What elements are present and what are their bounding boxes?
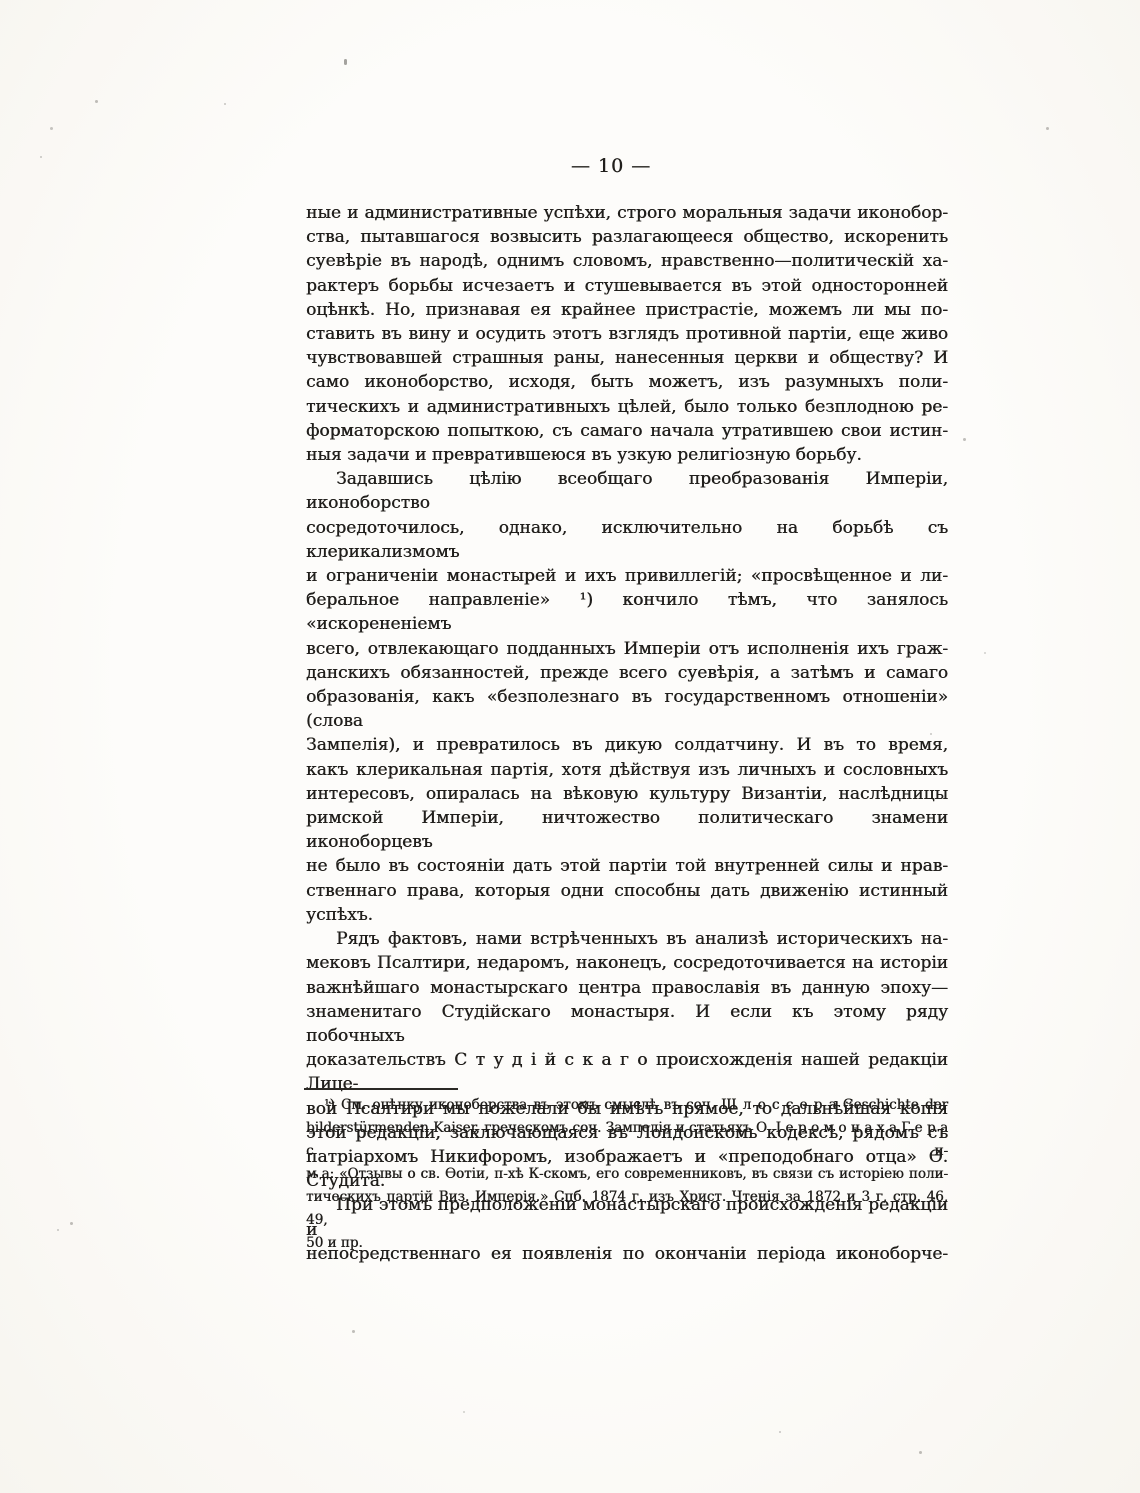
footnote-line: м а: «Отзывы о св. Ѳотіи, п-хѣ К-скомъ, …	[306, 1163, 948, 1186]
footnote-line: тическихъ партій Виз. Имперія.» Спб. 187…	[306, 1186, 948, 1232]
scan-speck	[779, 1431, 781, 1433]
text-line: ныя задачи и превратившеюся въ узкую рел…	[306, 443, 948, 467]
text-line: форматорскою попыткою, съ самаго начала …	[306, 419, 948, 443]
text-line: оцѣнкѣ. Но, признавая ея крайнее пристра…	[306, 298, 948, 322]
text-line: всего, отвлекающаго подданныхъ Имперіи о…	[306, 637, 948, 661]
paragraph: ные и административные успѣхи, строго мо…	[306, 201, 948, 467]
page-number: — 10 —	[306, 155, 916, 177]
scan-speck	[95, 100, 98, 103]
text-line: ные и административные успѣхи, строго мо…	[306, 201, 948, 225]
text-line: римской Имперіи, ничтожество политическа…	[306, 806, 948, 854]
footnote-line: ¹) См. оцѣнку иконоборства въ этомъ смыс…	[306, 1094, 948, 1117]
scan-speck	[352, 1330, 355, 1333]
text-line: ства, пытавшагося возвысить разлагающеес…	[306, 225, 948, 249]
scan-speck	[609, 1152, 611, 1154]
footnote-line: bilderstürmenden Kaiser, греческомъ соч.…	[306, 1117, 948, 1163]
footnote-rule	[304, 1088, 458, 1090]
text-line: мековъ Псалтири, недаромъ, наконецъ, сос…	[306, 951, 948, 975]
text-line: Задавшись цѣлію всеобщаго преобразованія…	[306, 467, 948, 515]
text-line: суевѣріе въ народѣ, однимъ словомъ, нрав…	[306, 249, 948, 273]
scan-speck	[57, 1229, 59, 1231]
scan-speck	[70, 1222, 73, 1225]
text-line: сосредоточилось, однако, исключительно н…	[306, 516, 948, 564]
scan-speck	[344, 59, 347, 65]
text-line: беральное направленіе» ¹) кончило тѣмъ, …	[306, 588, 948, 636]
scan-speck	[50, 127, 53, 130]
text-line: Рядъ фактовъ, нами встрѣченныхъ въ анали…	[306, 927, 948, 951]
scan-speck	[40, 156, 42, 158]
text-line: не было въ состояніи дать этой партіи то…	[306, 854, 948, 878]
text-line: какъ клерикальная партія, хотя дѣйствуя …	[306, 758, 948, 782]
scan-speck	[963, 438, 966, 441]
scan-speck	[984, 652, 986, 654]
book-page: — 10 — ные и административные успѣхи, ст…	[0, 0, 1140, 1493]
scan-speck	[463, 1411, 465, 1413]
text-line: данскихъ обязанностей, прежде всего суев…	[306, 661, 948, 685]
text-line: образованія, какъ «безполезнаго въ госуд…	[306, 685, 948, 733]
text-line: ставить въ вину и осудить этотъ взглядъ …	[306, 322, 948, 346]
text-line: и ограниченіи монастырей и ихъ привиллег…	[306, 564, 948, 588]
text-line: важнѣйшаго монастырскаго центра правосла…	[306, 976, 948, 1000]
footnote-line: 50 и пр.	[306, 1232, 948, 1255]
scan-speck	[919, 1451, 922, 1454]
text-line: знаменитаго Студійскаго монастыря. И есл…	[306, 1000, 948, 1048]
scan-speck	[930, 733, 932, 735]
text-line: рактеръ борьбы исчезаетъ и стушевывается…	[306, 274, 948, 298]
text-line: успѣхъ.	[306, 903, 948, 927]
text-line: само иконоборство, исходя, быть можетъ, …	[306, 370, 948, 394]
paragraph: Задавшись цѣлію всеобщаго преобразованія…	[306, 467, 948, 927]
scan-speck	[1046, 127, 1049, 130]
text-line: Зампелія), и превратилось въ дикую солда…	[306, 733, 948, 757]
text-line: интересовъ, опиралась на вѣковую культур…	[306, 782, 948, 806]
text-line: чувствовавшей страшныя раны, нанесенныя …	[306, 346, 948, 370]
text-line: тическихъ и административныхъ цѣлей, был…	[306, 395, 948, 419]
text-line: ственнаго права, которыя одни способны д…	[306, 879, 948, 903]
scan-speck	[224, 103, 226, 105]
footnote: ¹) См. оцѣнку иконоборства въ этомъ смыс…	[306, 1094, 948, 1255]
